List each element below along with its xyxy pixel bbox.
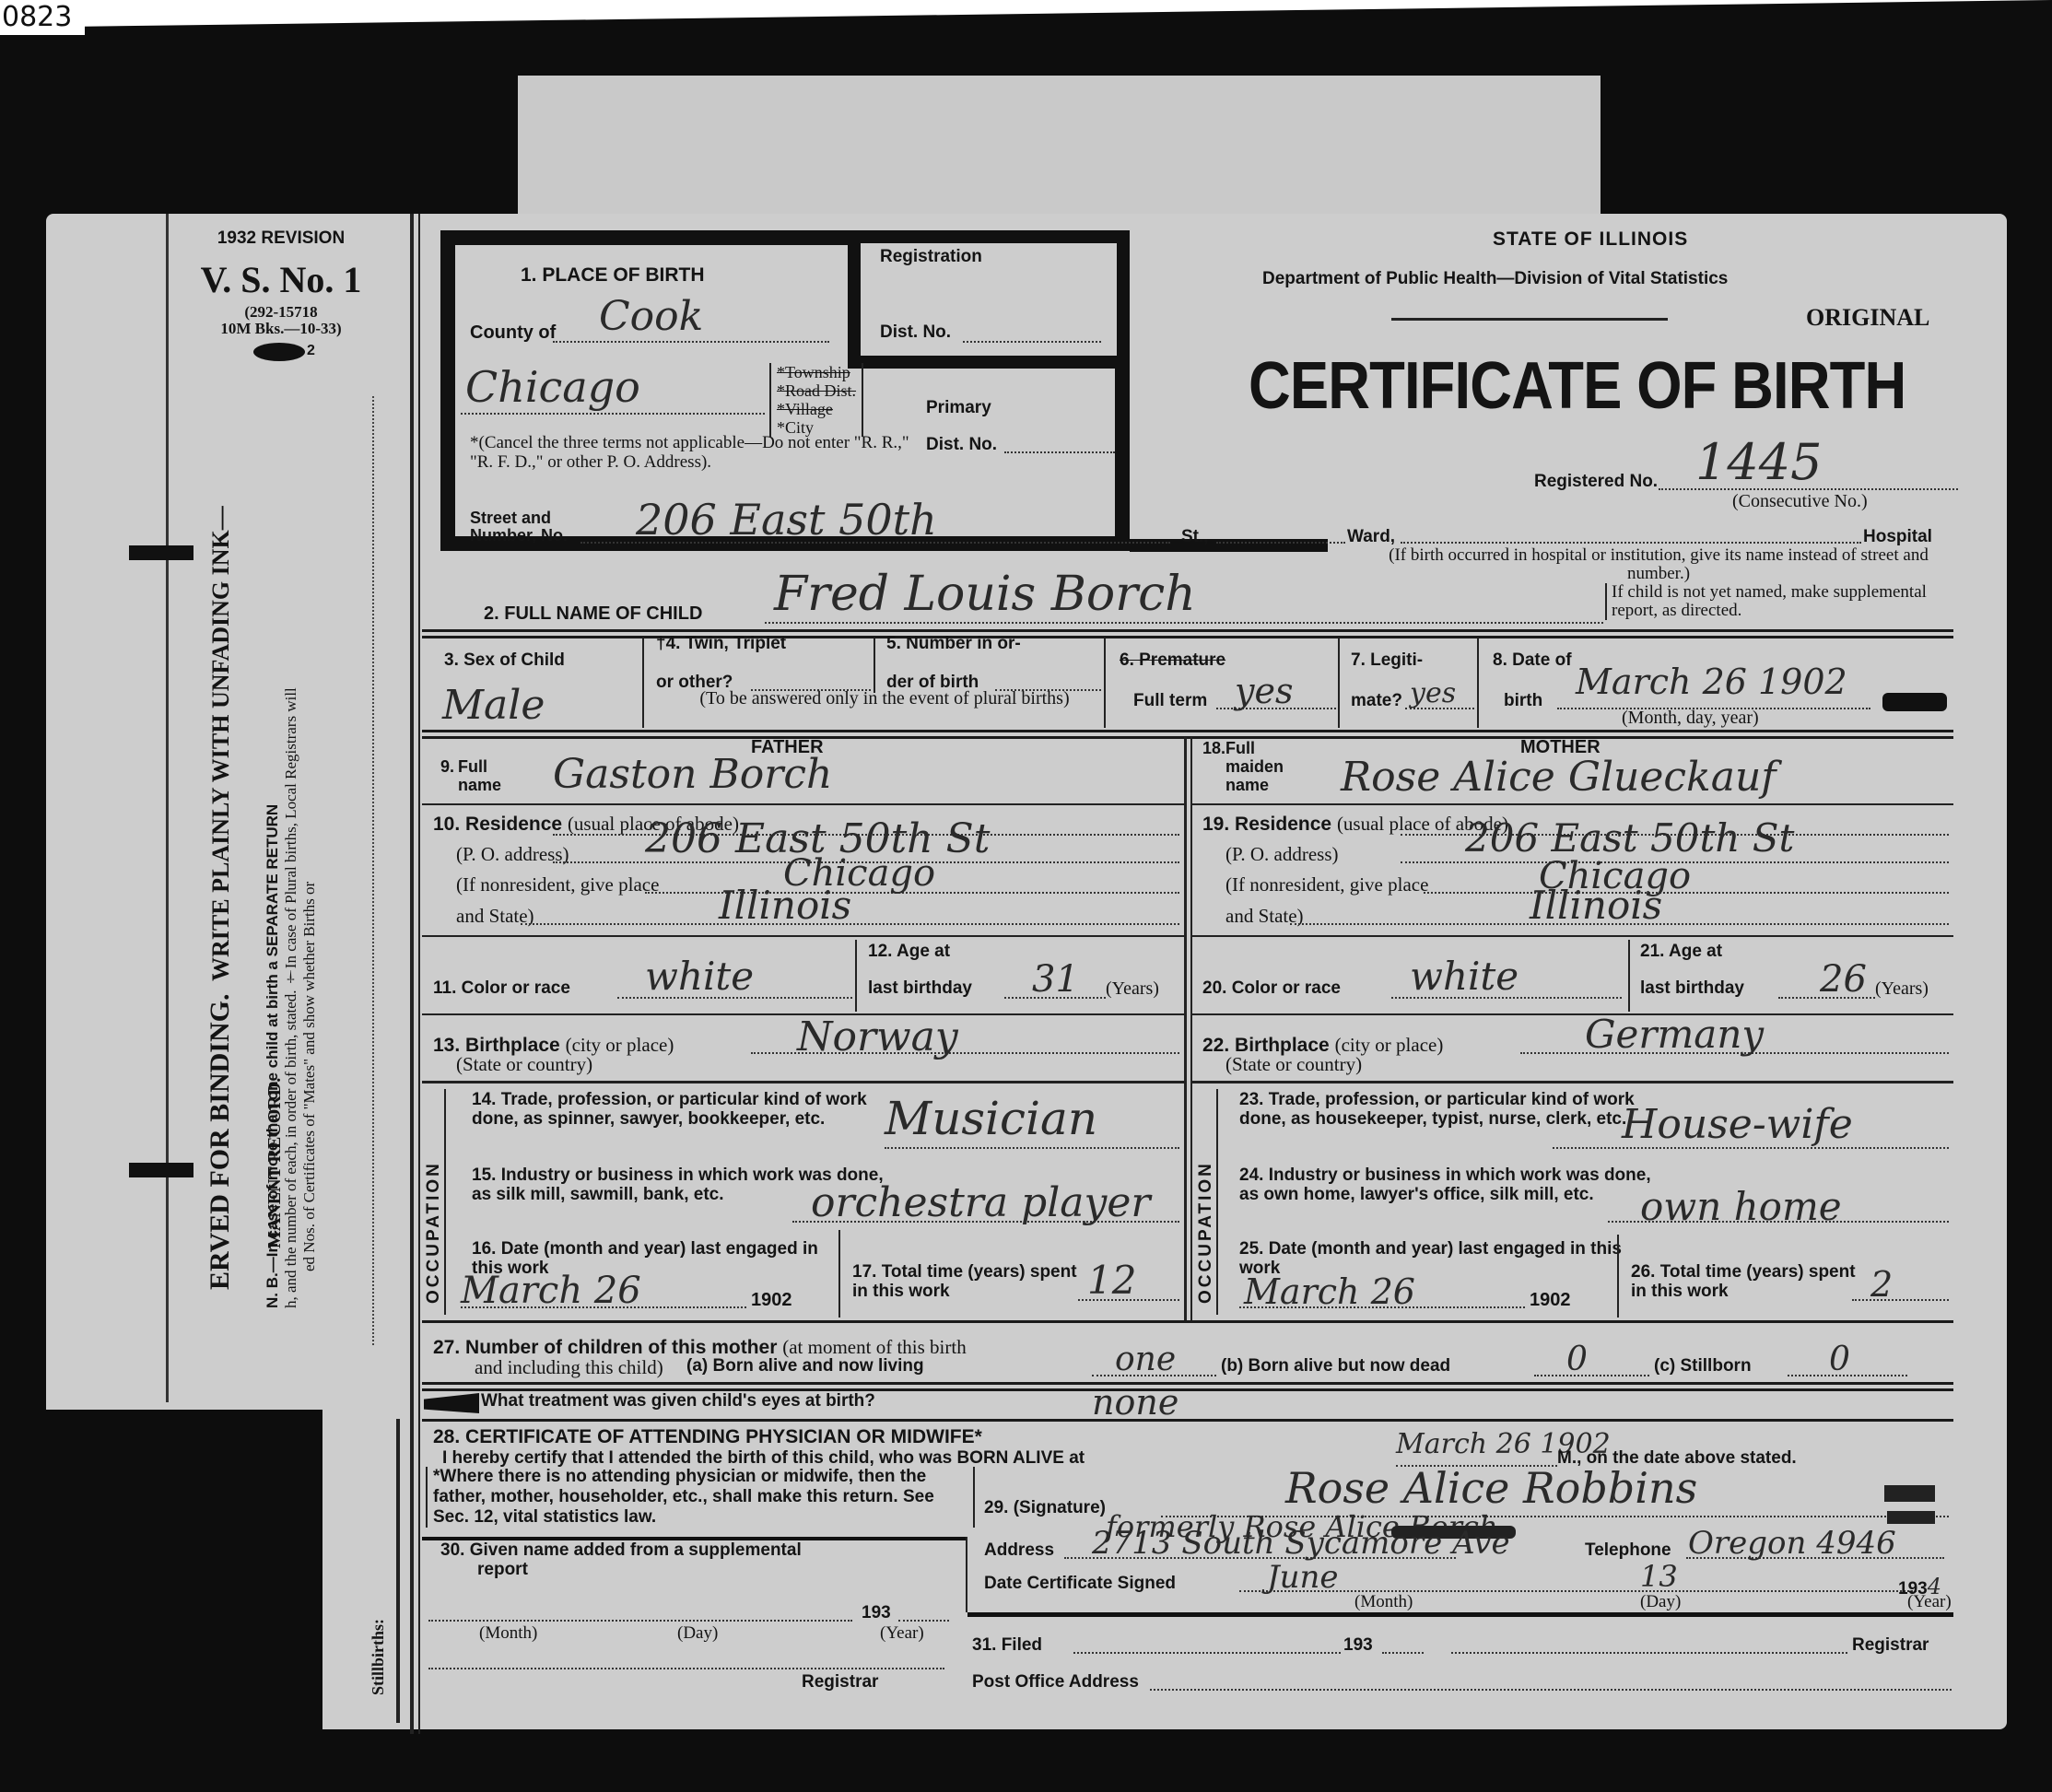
row-rule [422, 935, 1185, 937]
film-border-right [2007, 214, 2052, 1792]
father-occupation-side: OCCUPATION [424, 1119, 444, 1304]
street-value: 206 East 50th [636, 495, 937, 545]
father-industry-value: orchestra player [811, 1179, 1150, 1226]
mother-industry-label: 24. Industry or business in which work w… [1239, 1165, 1672, 1204]
filed-date-field[interactable] [1073, 1652, 1341, 1654]
mother-occupation-side: OCCUPATION [1196, 1119, 1216, 1304]
child-name-field[interactable] [765, 622, 1603, 624]
primary-dist-field[interactable] [1004, 451, 1115, 453]
mother-trade-value: House-wife [1622, 1101, 1853, 1148]
born-alive-living-value: one [1115, 1341, 1176, 1378]
date-signed-day: 13 [1640, 1559, 1678, 1594]
redaction-mark [1882, 693, 1947, 711]
registration-dist-field[interactable] [963, 341, 1101, 343]
supplemental-label: 30. Given name added from a supplemental… [440, 1540, 956, 1579]
legitimate-label-2: mate? [1351, 691, 1402, 711]
frame-id: 0823 [0, 0, 85, 35]
row-rule [1192, 935, 1953, 937]
col-divider [1617, 1235, 1619, 1318]
mother-industry-value: own home [1640, 1184, 1842, 1229]
legitimate-label: 7. Legiti- [1351, 650, 1423, 671]
col-divider [1628, 940, 1630, 1012]
father-nonres-label: (If nonresident, give place [456, 873, 659, 896]
signature-value: Rose Alice Robbins [1285, 1463, 1697, 1513]
row-rule [422, 803, 1185, 805]
mother-name-num: 18. [1202, 739, 1225, 758]
term-road-dist: *Road Dist. [777, 381, 856, 400]
mother-last-date-month: March 26 [1244, 1271, 1415, 1312]
county-value: Cook [599, 293, 703, 340]
county-label: County of [470, 322, 556, 344]
department-heading: Department of Public Health—Division of … [1262, 269, 1728, 289]
children-label-2: and including this child) [475, 1356, 663, 1379]
supplemental-registrar-field[interactable] [428, 1668, 944, 1669]
row-rule [1192, 803, 1953, 805]
registration-heading: Registration [880, 247, 982, 267]
post-office-label: Post Office Address [972, 1672, 1139, 1692]
dob-format: (Month, day, year) [1622, 708, 1759, 729]
dob-value: March 26 1902 [1576, 662, 1847, 702]
twin-label: †4. Twin, Triplet [656, 634, 786, 654]
cancel-note: *(Cancel the three terms not applicable—… [470, 433, 921, 472]
row-rule [422, 629, 1953, 632]
mother-age-unit: (Years) [1875, 978, 1929, 1000]
certify-text: I hereby certify that I attended the bir… [442, 1448, 1085, 1469]
father-state-value: Illinois [719, 883, 851, 928]
month-caption: (Month) [1354, 1592, 1413, 1612]
film-edge [0, 0, 2052, 28]
order-label: 5. Number in or- [886, 634, 1021, 654]
row-rule [422, 1419, 1953, 1422]
label-line: 30. Given name added from a supplemental [440, 1540, 956, 1560]
label-text: 10. Residence [433, 814, 562, 835]
stillborn-label: (c) Stillborn [1654, 1356, 1752, 1376]
occupation-bracket [444, 1089, 446, 1315]
father-race-value: white [645, 954, 754, 999]
redaction-mark [1884, 1485, 1935, 1502]
father-name-label: Full name [458, 757, 501, 794]
ward-field[interactable] [1216, 542, 1345, 544]
stub-border-line-2 [418, 214, 420, 1734]
row-rule [422, 1320, 1953, 1323]
father-age-label: 12. Age at [868, 942, 950, 962]
father-total-time-value: 12 [1087, 1258, 1136, 1303]
reserved-binding-note: ERVED FOR BINDING. [205, 1023, 236, 1290]
mother-race-value: white [1410, 954, 1518, 999]
father-name-num: 9. [440, 757, 454, 777]
mother-nonres-label: (If nonresident, give place [1225, 873, 1428, 896]
eyes-treatment-value: none [1092, 1382, 1178, 1423]
sex-value: Male [442, 682, 545, 729]
supplemental-year-caption: (Year) [880, 1623, 924, 1644]
stub-divider [166, 214, 169, 1402]
telephone-value: Oregon 4946 [1688, 1525, 1896, 1562]
form-number: V. S. No. 1 [175, 258, 387, 301]
mother-last-date-year: 1902 [1530, 1290, 1571, 1311]
mother-residence-label: 19. Residence (usual place of abode) [1202, 813, 1508, 836]
legitimate-value: yes [1410, 677, 1456, 709]
mother-age-label-2: last birthday [1640, 978, 1744, 999]
year-caption: (Year) [1907, 1592, 1952, 1612]
union-mark: 2 [307, 343, 315, 359]
stillbirths-label: Stillbirths: [369, 1566, 388, 1695]
mother-res-street: 206 East 50th St [1465, 815, 1794, 861]
post-office-field[interactable] [1150, 1689, 1952, 1691]
mother-age-value: 26 [1820, 958, 1867, 1001]
stillborn-value: 0 [1829, 1341, 1850, 1378]
label-line: report [440, 1560, 956, 1579]
date-signed-month: June [1267, 1559, 1339, 1596]
parents-divider-2 [1190, 737, 1192, 1322]
mates-note: ed Nos. of Certificates of "Mates" and s… [301, 645, 318, 1271]
label-line: name [458, 776, 501, 794]
row-rule [422, 636, 1953, 638]
full-term-value: yes [1235, 671, 1293, 711]
child-name-label: 2. FULL NAME OF CHILD [484, 603, 702, 625]
county-field[interactable] [553, 341, 829, 343]
mother-trade-label: 23. Trade, profession, or particular kin… [1239, 1090, 1672, 1129]
full-term-label: Full term [1133, 691, 1207, 711]
supplemental-day-caption: (Day) [677, 1623, 718, 1644]
filed-year-prefix: 193 [1343, 1635, 1373, 1656]
supplemental-year-field[interactable] [898, 1620, 949, 1622]
telephone-label: Telephone [1585, 1540, 1671, 1561]
registered-no-label: Registered No. [1534, 472, 1658, 492]
print-code: (292-15718 10M Bks.—10-33) [189, 304, 373, 337]
label-text: 19. Residence [1202, 814, 1331, 835]
address-value: 2713 South Sycamore Ave [1092, 1525, 1510, 1562]
mother-state-value: Illinois [1530, 883, 1662, 928]
col-divider [1104, 638, 1106, 728]
stub-dotted-line [372, 396, 374, 1345]
col-divider [1338, 638, 1340, 728]
street-label-line: Number, No. [470, 527, 568, 545]
col-divider [642, 638, 644, 728]
row-rule [1192, 1081, 1953, 1083]
certificate-title: CERTIFICATE OF BIRTH [1249, 348, 1905, 424]
redaction-mark [1887, 1511, 1935, 1524]
father-total-time-label: 17. Total time (years) spent in this wor… [852, 1262, 1083, 1301]
mother-total-time-field[interactable] [1852, 1299, 1949, 1301]
address-label: Address [984, 1540, 1054, 1561]
mother-total-time-value: 2 [1870, 1264, 1893, 1305]
supplemental-month-caption: (Month) [479, 1623, 537, 1644]
registered-no-value: 1445 [1695, 433, 1822, 491]
label-paren: (at moment of this birth [782, 1336, 966, 1358]
original-label: ORIGINAL [1806, 304, 1929, 332]
mother-po-label: (P. O. address) [1225, 843, 1338, 866]
label-text: 27. Number of children of this mother [433, 1337, 777, 1358]
municipality-terms: *Township *Road Dist. *Village *City [769, 363, 863, 437]
dob-label-2: birth [1504, 691, 1542, 711]
premature-label: 6. Premature [1120, 650, 1225, 671]
ward-label: Ward, [1347, 527, 1395, 547]
occupation-bracket [1216, 1089, 1218, 1315]
born-alive-dead-value: 0 [1566, 1341, 1588, 1378]
father-race-label: 11. Color or race [433, 978, 570, 999]
hospital-note: (If birth occurred in hospital or instit… [1364, 546, 1953, 583]
filed-year-field[interactable] [1382, 1652, 1424, 1654]
father-last-date-month: March 26 [461, 1270, 641, 1312]
label-line: Full [458, 757, 501, 776]
term-township: *Township [777, 363, 856, 381]
label-line: maiden [1225, 757, 1284, 776]
eyes-treatment-label: What treatment was given child's eyes at… [481, 1391, 875, 1411]
father-name-value: Gaston Borch [553, 751, 832, 798]
born-alive-living-label: (a) Born alive and now living [686, 1356, 924, 1376]
state-heading: STATE OF ILLINOIS [1493, 228, 1688, 251]
date-signed-label: Date Certificate Signed [984, 1574, 1176, 1594]
consecutive-note: (Consecutive No.) [1732, 491, 1868, 512]
date-signed-field[interactable] [1239, 1590, 1917, 1592]
signature-label: 29. (Signature) [984, 1498, 1106, 1518]
father-age-value: 31 [1032, 958, 1079, 1001]
col-divider [855, 940, 857, 1012]
col-divider [838, 1230, 840, 1318]
write-plainly-note: WRITE PLAINLY WITH UNFADING INK— [207, 392, 235, 981]
primary-label: Primary [926, 398, 991, 418]
dob-label: 8. Date of [1493, 650, 1572, 671]
label-line: Full [1225, 739, 1284, 757]
permanent-record-note: MANENT RECORD. [264, 1037, 286, 1248]
plural-note: (To be answered only in the event of plu… [659, 689, 1110, 708]
day-caption: (Day) [1640, 1592, 1681, 1612]
stub-lower-line [396, 1419, 400, 1723]
street-label-line: Street and [470, 509, 568, 527]
term-village: *Village [777, 400, 856, 418]
filed-registrar-field[interactable] [1451, 1652, 1847, 1654]
certificate-heading: 28. CERTIFICATE OF ATTENDING PHYSICIAN O… [433, 1426, 982, 1448]
mother-name-label: Full maiden name [1225, 739, 1284, 794]
father-last-date-year: 1902 [751, 1290, 792, 1311]
parents-divider [1184, 737, 1187, 1322]
child-name-value: Fred Louis Borch [774, 567, 1196, 622]
col-divider [1477, 638, 1479, 728]
born-alive-dead-label: (b) Born alive but now dead [1221, 1356, 1450, 1376]
supplemental-year-prefix: 193 [862, 1603, 891, 1623]
father-age-label-2: last birthday [868, 978, 972, 999]
back-sheet [518, 76, 1601, 214]
union-label-icon [253, 343, 305, 361]
father-trade-value: Musician [885, 1092, 1097, 1145]
header-rule [1391, 318, 1668, 321]
col-divider [966, 1537, 967, 1612]
father-trade-label: 14. Trade, profession, or particular kin… [472, 1090, 886, 1129]
mother-total-time-label: 26. Total time (years) spent in this wor… [1631, 1262, 1861, 1301]
revision-label: 1932 REVISION [189, 228, 373, 249]
supplemental-date-field[interactable] [428, 1620, 852, 1622]
binding-tab-mark [129, 1163, 193, 1177]
mother-birthplace-value: Germany [1585, 1012, 1764, 1057]
primary-dist-label: Dist. No. [926, 435, 997, 455]
supplemental-registrar-label: Registrar [802, 1672, 878, 1692]
row-rule [967, 1612, 1953, 1617]
row-rule [422, 736, 1953, 739]
registration-dist-label: Dist. No. [880, 322, 951, 343]
municipality-field[interactable] [461, 413, 765, 415]
father-trade-field[interactable] [885, 1147, 1179, 1149]
row-rule [422, 1382, 1953, 1385]
mother-race-label: 20. Color or race [1202, 978, 1341, 999]
father-birthplace-sub: (State or country) [456, 1053, 592, 1076]
filed-label: 31. Filed [972, 1635, 1042, 1656]
stub-border-line [410, 214, 414, 1734]
mother-birthplace-sub: (State or country) [1225, 1053, 1362, 1076]
print-code-line: 10M Bks.—10-33) [189, 321, 373, 337]
mother-name-value: Rose Alice Glueckauf [1341, 754, 1776, 801]
born-alive-dead-field[interactable] [1534, 1375, 1649, 1376]
father-age-unit: (Years) [1106, 978, 1159, 1000]
municipality-value: Chicago [465, 362, 640, 412]
unnamed-note: If child is not yet named, make suppleme… [1605, 583, 1962, 620]
stub-torn-area [46, 1410, 322, 1741]
hospital-field[interactable] [1401, 542, 1861, 544]
st-label: St., [1181, 527, 1209, 547]
col-divider [874, 638, 875, 693]
row-rule [1192, 1013, 1953, 1015]
row-rule [422, 730, 1953, 732]
print-code-line: (292-15718 [189, 304, 373, 321]
father-birthplace-value: Norway [797, 1013, 958, 1060]
binding-tab-mark [129, 545, 193, 560]
mother-age-label: 21. Age at [1640, 942, 1722, 962]
street-label: Street and Number, No. [470, 509, 568, 545]
hospital-label: Hospital [1863, 527, 1932, 547]
label-line: name [1225, 776, 1284, 794]
row-rule [422, 1081, 1185, 1083]
midwife-footnote: *Where there is no attending physician o… [426, 1467, 975, 1528]
sex-label: 3. Sex of Child [444, 650, 565, 671]
filed-registrar-label: Registrar [1852, 1635, 1929, 1656]
place-of-birth-heading: 1. PLACE OF BIRTH [521, 264, 705, 287]
